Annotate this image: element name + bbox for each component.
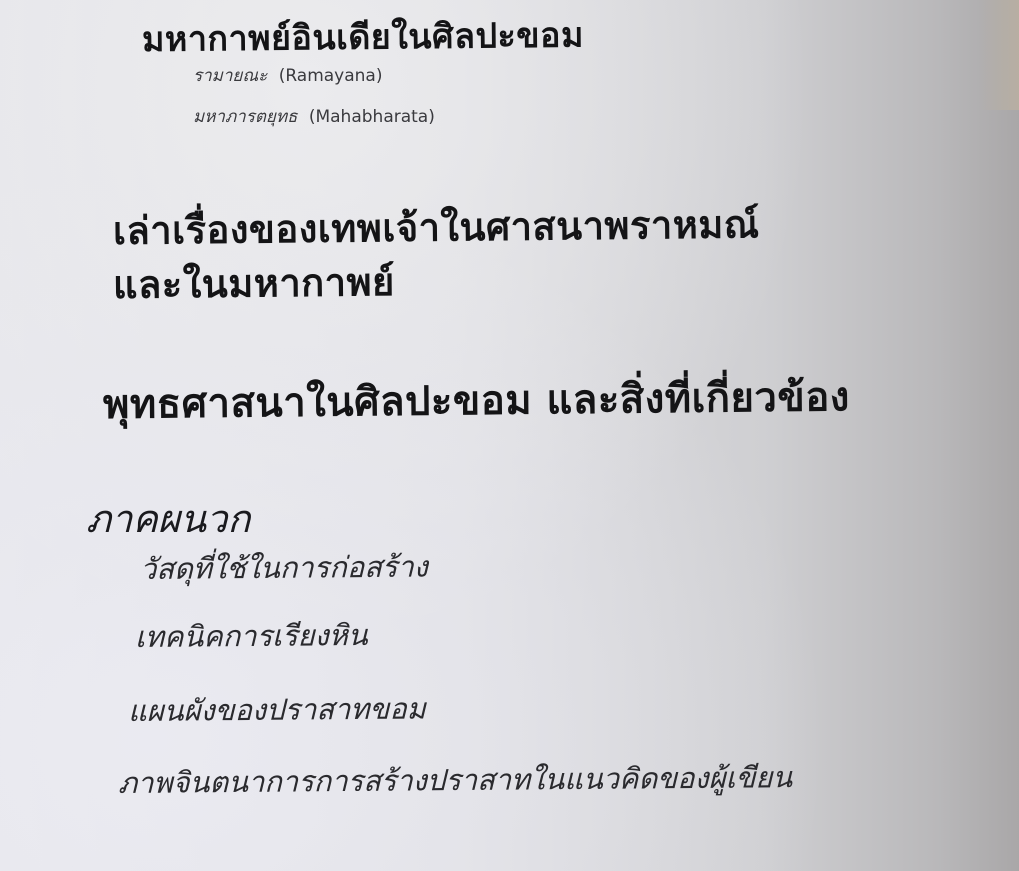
toc-item-construction-materials: วัสดุที่ใช้ในการก่อสร้าง (140, 543, 428, 592)
toc-item-author-reconstruction-images: ภาพจินตนาการการสร้างปราสาทในแนวคิดของผู้… (118, 754, 793, 806)
toc-item-thai: รามายณะ (193, 66, 267, 86)
paper-page: มหากาพย์อินเดียในศิลปะขอม รามายณะ (Ramay… (0, 0, 1019, 871)
toc-section-hindu-gods-line2: และในมหากาพย์ (113, 251, 395, 315)
toc-section-hindu-gods-line1: เล่าเรื่องของเทพเจ้าในศาสนาพราหมณ์ (113, 193, 760, 261)
toc-item-stone-laying-technique: เทคนิคการเรียงหิน (135, 612, 368, 660)
page-edge-shadow (979, 0, 1019, 110)
toc-item-latin: (Ramayana) (279, 66, 383, 86)
toc-section-indian-epics: มหากาพย์อินเดียในศิลปะขอม (142, 7, 584, 66)
toc-item-mahabharata: มหาภารตยุทธ (Mahabharata) (193, 103, 435, 130)
toc-section-appendix: ภาคผนวก (86, 488, 250, 549)
toc-section-buddhism: พุทธศาสนาในศิลปะขอม และสิ่งที่เกี่ยวข้อง (103, 364, 850, 436)
toc-item-khmer-temple-plans: แผนผังของปราสาทขอม (128, 685, 426, 734)
toc-item-ramayana: รามายณะ (Ramayana) (193, 62, 382, 89)
toc-item-latin: (Mahabharata) (309, 107, 435, 127)
toc-item-thai: มหาภารตยุทธ (193, 107, 297, 127)
